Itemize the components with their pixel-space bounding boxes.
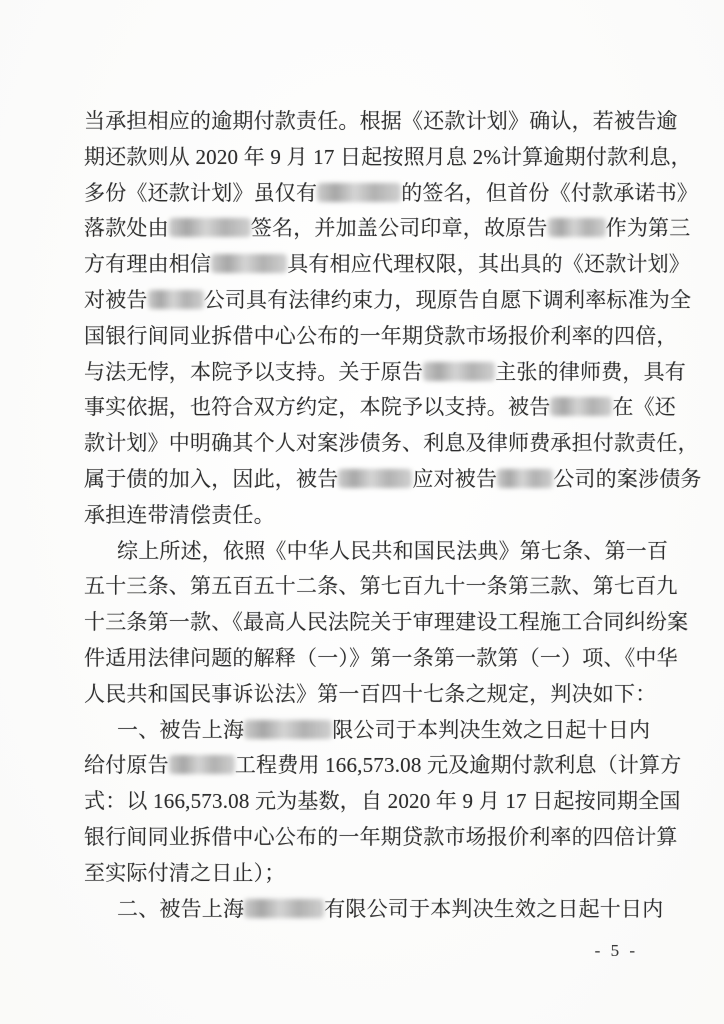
redacted-text [548, 218, 606, 237]
redacted-text [244, 720, 332, 739]
text-segment: 工程费用 166,573.08 元及逾期付款利息（计算方 [235, 753, 682, 777]
body-text: 当承担相应的逾期付款责任。根据《还款计划》确认，若被告逾期还款则从 2020 年… [84, 104, 641, 927]
text-line: 给付原告工程费用 166,573.08 元及逾期付款利息（计算方 [84, 748, 641, 784]
text-line: 与法无悖，本院予以支持。关于原告主张的律师费，具有 [84, 355, 641, 391]
text-segment: 落款处由 [84, 216, 169, 240]
text-line: 方有理由相信具有相应代理权限，其出具的《还款计划》 [84, 247, 641, 283]
text-segment: 限公司于本判决生效之日起十日内 [332, 718, 650, 742]
text-segment: 与法无悖，本院予以支持。关于原告 [84, 360, 423, 384]
text-segment: 至实际付清之日止）； [84, 861, 286, 885]
text-segment: 对被告 [84, 288, 148, 312]
redacted-text [497, 469, 553, 488]
text-line: 落款处由签名，并加盖公司印章，故原告作为第三 [84, 211, 641, 247]
redacted-text [338, 469, 412, 488]
text-line: 十三条第一款、《最高人民法院关于审理建设工程施工合同纠纷案 [84, 605, 641, 641]
text-line: 国银行间同业拆借中心公布的一年期贷款市场报价利率的四倍， [84, 319, 641, 355]
text-line: 式：以 166,573.08 元为基数，自 2020 年 9 月 17 日起按同… [84, 784, 641, 820]
text-segment: 款计划》中明确其个人对案涉债务、利息及律师费承担付款责任， [84, 431, 699, 455]
text-segment: 公司具有法律约束力，现原告自愿下调利率标准为全 [204, 288, 692, 312]
text-segment: 二、被告上海 [117, 897, 244, 921]
redacted-text [244, 899, 324, 918]
text-line: 二、被告上海有限公司于本判决生效之日起十日内 [84, 892, 641, 928]
text-line: 当承担相应的逾期付款责任。根据《还款计划》确认，若被告逾 [84, 104, 641, 140]
text-line: 事实依据，也符合双方约定，本院予以支持。被告在《还 [84, 390, 641, 426]
text-line: 一、被告上海限公司于本判决生效之日起十日内 [84, 713, 641, 749]
redacted-text [169, 755, 235, 774]
text-segment: 给付原告 [84, 753, 169, 777]
text-line: 属于债的加入，因此，被告应对被告公司的案涉债务 [84, 462, 641, 498]
text-segment: 十三条第一款、《最高人民法院关于审理建设工程施工合同纠纷案 [84, 610, 688, 634]
text-segment: 公司的案涉债务 [553, 467, 701, 491]
text-segment: 式：以 166,573.08 元为基数，自 2020 年 9 月 17 日起按同… [84, 789, 681, 813]
page-number: - 5 - [595, 941, 638, 961]
text-segment: 银行间同业拆借中心公布的一年期贷款市场报价利率的四倍计算 [84, 825, 678, 849]
redacted-text [211, 254, 287, 273]
text-line: 期还款则从 2020 年 9 月 17 日起按照月息 2%计算逾期付款利息， [84, 140, 641, 176]
text-segment: 承担连带清偿责任。 [84, 503, 275, 527]
redacted-text [550, 397, 612, 416]
text-segment: 件适用法律问题的解释（一）》第一条第一款第（一）项、《中华 [84, 646, 678, 670]
text-segment: 五十三条、第五百五十二条、第七百九十一条第三款、第七百九 [84, 574, 678, 598]
redacted-text [317, 183, 401, 202]
text-line: 承担连带清偿责任。 [84, 498, 641, 534]
text-segment: 具有相应代理权限，其出具的《还款计划》 [287, 252, 690, 276]
text-segment: 的签名，但首份《付款承诺书》 [401, 181, 698, 205]
text-segment: 在《还 [612, 395, 676, 419]
text-segment: 属于债的加入，因此，被告 [84, 467, 338, 491]
text-segment: 一、被告上海 [117, 718, 244, 742]
redacted-text [169, 218, 251, 237]
text-segment: 方有理由相信 [84, 252, 211, 276]
text-line: 人民共和国民事诉讼法》第一百四十七条之规定，判决如下： [84, 677, 641, 713]
text-segment: 签名，并加盖公司印章，故原告 [251, 216, 548, 240]
text-line: 银行间同业拆借中心公布的一年期贷款市场报价利率的四倍计算 [84, 820, 641, 856]
judgment-scan-page: 当承担相应的逾期付款责任。根据《还款计划》确认，若被告逾期还款则从 2020 年… [0, 0, 724, 1024]
text-segment: 应对被告 [412, 467, 497, 491]
text-segment: 作为第三 [606, 216, 691, 240]
text-line: 综上所述，依照《中华人民共和国民法典》第七条、第一百 [84, 534, 641, 570]
text-segment: 综上所述，依照《中华人民共和国民法典》第七条、第一百 [117, 539, 668, 563]
text-segment: 国银行间同业拆借中心公布的一年期贷款市场报价利率的四倍， [84, 324, 678, 348]
text-line: 至实际付清之日止）； [84, 856, 641, 892]
text-line: 件适用法律问题的解释（一）》第一条第一款第（一）项、《中华 [84, 641, 641, 677]
text-segment: 主张的律师费，具有 [495, 360, 686, 384]
text-line: 款计划》中明确其个人对案涉债务、利息及律师费承担付款责任， [84, 426, 641, 462]
text-segment: 人民共和国民事诉讼法》第一百四十七条之规定，判决如下： [84, 682, 656, 706]
text-segment: 有限公司于本判决生效之日起十日内 [324, 897, 663, 921]
text-line: 五十三条、第五百五十二条、第七百九十一条第三款、第七百九 [84, 569, 641, 605]
redacted-text [148, 290, 204, 309]
text-segment: 期还款则从 2020 年 9 月 17 日起按照月息 2%计算逾期付款利息， [84, 145, 692, 169]
text-line: 多份《还款计划》虽仅有的签名，但首份《付款承诺书》 [84, 176, 641, 212]
text-line: 对被告公司具有法律约束力，现原告自愿下调利率标准为全 [84, 283, 641, 319]
text-segment: 当承担相应的逾期付款责任。根据《还款计划》确认，若被告逾 [84, 109, 678, 133]
redacted-text [423, 362, 495, 381]
text-segment: 事实依据，也符合双方约定，本院予以支持。被告 [84, 395, 550, 419]
text-segment: 多份《还款计划》虽仅有 [84, 181, 317, 205]
